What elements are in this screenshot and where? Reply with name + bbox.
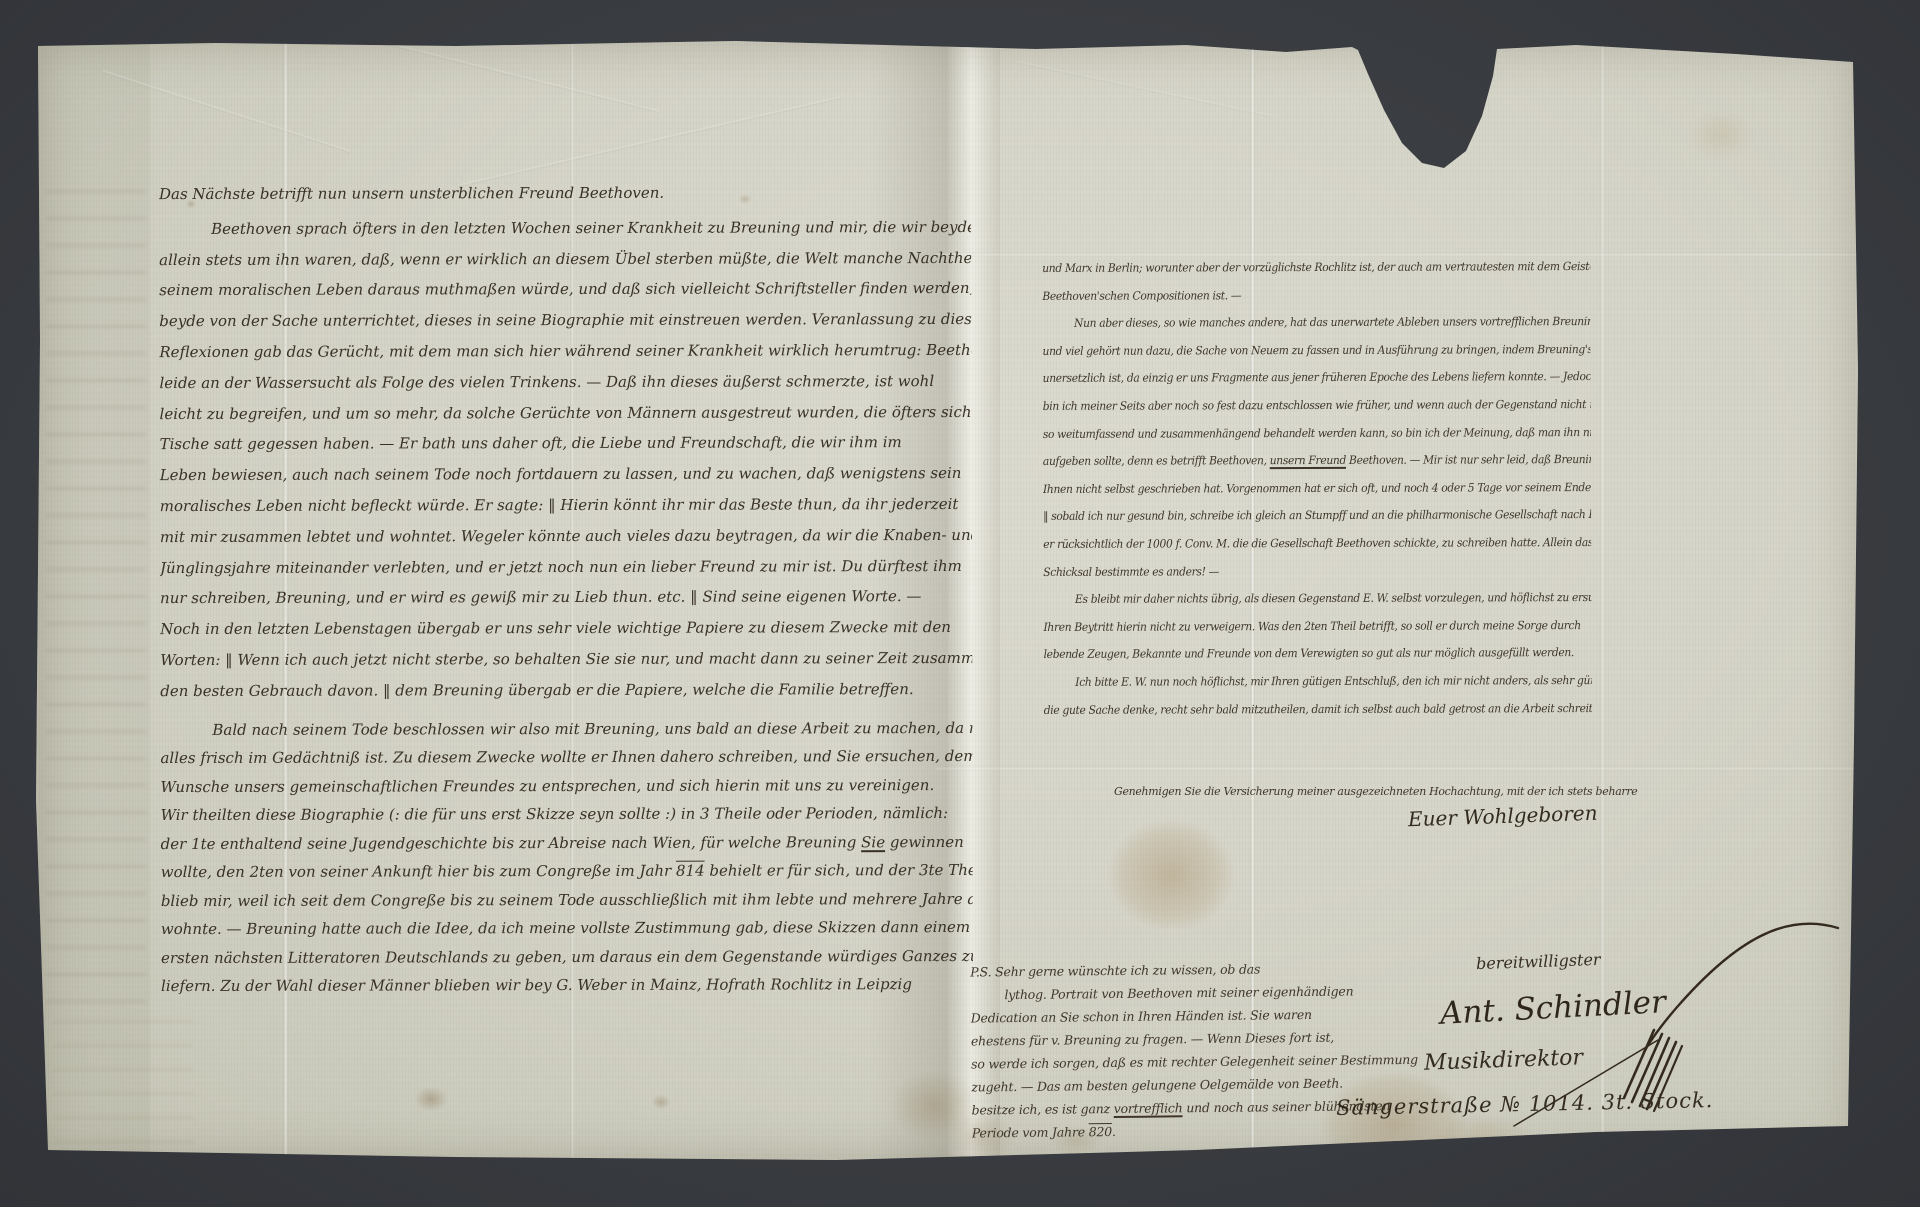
manuscript-line: aufgeben sollte, denn es betrifft Beetho…	[1043, 446, 1553, 475]
line-fragment: aufgeben sollte, denn es betrifft Beetho…	[1043, 453, 1270, 468]
manuscript-line: unersetzlich ist, da einzig er uns Fragm…	[1043, 364, 1553, 393]
horizontal-fold-crease	[936, 766, 1858, 771]
foxing-spot	[408, 1082, 454, 1116]
manuscript-line: bin ich meiner Seits aber noch so fest d…	[1043, 391, 1553, 420]
manuscript-line: und viel gehört nun dazu, die Sache von …	[1042, 336, 1552, 365]
valediction: bereitwilligster	[1476, 950, 1601, 973]
underlined-word: Sie	[861, 833, 885, 851]
manuscript-line: ersten nächsten Litteratoren Deutschland…	[161, 941, 973, 972]
manuscript-line: der 1te enthaltend seine Jugendgeschicht…	[161, 827, 973, 858]
manuscript-line: ‖ sobald ich nur gesund bin, schreibe ic…	[1043, 502, 1553, 531]
manuscript-line: Tische satt gegessen haben. — Er bath un…	[160, 427, 972, 460]
manuscript-line: allein stets um ihn waren, daß, wenn er …	[159, 243, 971, 276]
line-fragment: besitze ich, es ist ganz	[972, 1101, 1114, 1117]
overlined-year: 814	[676, 862, 705, 880]
manuscript-line: Ihnen nicht selbst geschrieben hat. Vorg…	[1043, 474, 1553, 503]
letter-sheet: Das Nächste betrifft nun unsern unsterbl…	[36, 40, 1858, 1162]
diagonal-crease	[461, 96, 842, 187]
manuscript-line: Leben bewiesen, auch nach seinem Tode no…	[160, 458, 972, 491]
manuscript-line: lebende Zeugen, Bekannte und Freunde von…	[1044, 639, 1554, 668]
line-fragment: wollte, den 2ten von seiner Ankunft hier…	[161, 862, 676, 881]
manuscript-line: leicht zu begreifen, und um so mehr, da …	[160, 397, 972, 430]
manuscript-line: Ihren Beytritt hierin nicht zu verweiger…	[1043, 612, 1553, 641]
manuscript-line: alles frisch im Gedächtniß ist. Zu diese…	[160, 742, 972, 773]
signature-title: Musikdirektor	[1424, 1045, 1584, 1076]
manuscript-line: Reflexionen gab das Gerücht, mit dem man…	[159, 335, 971, 368]
manuscript-line: Ich bitte E. W. nun noch höflichst, mir …	[1044, 667, 1554, 696]
manuscript-line: beyde von der Sache unterrichtet, dieses…	[159, 304, 971, 337]
manuscript-line: mit mir zusammen lebtet und wohntet. Weg…	[160, 520, 972, 553]
manuscript-line: Nun aber dieses, so wie manches andere, …	[1042, 308, 1552, 337]
manuscript-line: liefern. Zu der Wahl dieser Männer blieb…	[161, 970, 973, 1001]
signature-flourish	[1406, 910, 1846, 1160]
manuscript-line: wohnte. — Breuning hatte auch die Idee, …	[161, 913, 973, 944]
overlined-year: 820	[1089, 1124, 1112, 1139]
left-fold-flap	[36, 40, 150, 1162]
manuscript-line: er rücksichtlich der 1000 f. Conv. M. di…	[1043, 529, 1553, 558]
manuscript-line: Beethoven'schen Compositionen ist. —	[1042, 281, 1552, 310]
manuscript-line: blieb mir, weil ich seit dem Congreße bi…	[161, 884, 973, 915]
line-fragment: gewinnen	[885, 833, 964, 851]
manuscript-line: die gute Sache denke, recht sehr bald mi…	[1044, 695, 1554, 724]
manuscript-line: Wunsche unsers gemeinschaftlichen Freund…	[160, 770, 972, 801]
diagonal-crease	[193, 0, 659, 113]
line-fragment: der 1te enthaltend seine Jugendgeschicht…	[161, 833, 861, 853]
manuscript-line: leide an der Wassersucht als Folge des v…	[159, 366, 971, 399]
salutation: Euer Wohlgeboren	[1408, 801, 1598, 832]
manuscript-line: den besten Gebrauch davon. ‖ dem Breunin…	[160, 674, 972, 707]
manuscript-line: Beethoven sprach öfters in den letzten W…	[159, 212, 971, 245]
manuscript-line: Das Nächste betrifft nun unsern unsterbl…	[159, 177, 971, 210]
line-fragment: Beethoven. — Mir ist nur sehr leid, daß …	[1346, 452, 1592, 467]
manuscript-line: Worten: ‖ Wenn ich auch jetzt nicht ster…	[160, 643, 972, 676]
underlined-word: vortrefflich	[1114, 1100, 1183, 1116]
manuscript-line: Es bleibt mir daher nichts übrig, als di…	[1043, 584, 1553, 613]
manuscript-line: und Marx in Berlin; worunter aber der vo…	[1042, 253, 1552, 282]
signature-name: Ant. Schindler	[1439, 984, 1666, 1032]
manuscript-line: nur schreiben, Breuning, und er wird es …	[160, 581, 972, 614]
manuscript-line: Wir theilten diese Biographie (: die für…	[161, 799, 973, 830]
line-fragment: .	[1112, 1124, 1116, 1139]
ink-stain	[1086, 800, 1256, 950]
manuscript-line: moralisches Leben nicht befleckt würde. …	[160, 489, 972, 522]
manuscript-line: seinem moralischen Leben daraus muthmaße…	[159, 273, 971, 306]
underlined-words: unsern Freund	[1270, 453, 1346, 467]
manuscript-line: Noch in den letzten Lebenstagen übergab …	[160, 612, 972, 645]
line-fragment: behielt er für sich, und der 3te Theil	[705, 861, 973, 880]
manuscript-line: Bald nach seinem Tode beschlossen wir al…	[160, 713, 972, 744]
manuscript-line: Jünglingsjahre miteinander verlebten, un…	[160, 550, 972, 583]
foxing-spot	[1676, 100, 1766, 170]
foxing-spot	[648, 1092, 674, 1112]
manuscript-line: so weitumfassend und zusammenhängend beh…	[1043, 419, 1553, 448]
manuscript-line: Schicksal bestimmte es anders! —	[1043, 557, 1553, 586]
diagonal-crease	[1019, 61, 1274, 118]
line-fragment: Periode vom Jahre	[972, 1124, 1089, 1140]
manuscript-line: wollte, den 2ten von seiner Ankunft hier…	[161, 856, 973, 887]
closing-formula: Genehmigen Sie die Versicherung meiner a…	[1114, 784, 1561, 798]
postscript-line: Periode vom Jahre 820.	[972, 1116, 1450, 1144]
manuscript-column-left: Das Nächste betrifft nun unsern unsterbl…	[159, 177, 973, 1001]
manuscript-column-right: und Marx in Berlin; worunter aber der vo…	[1042, 253, 1592, 724]
